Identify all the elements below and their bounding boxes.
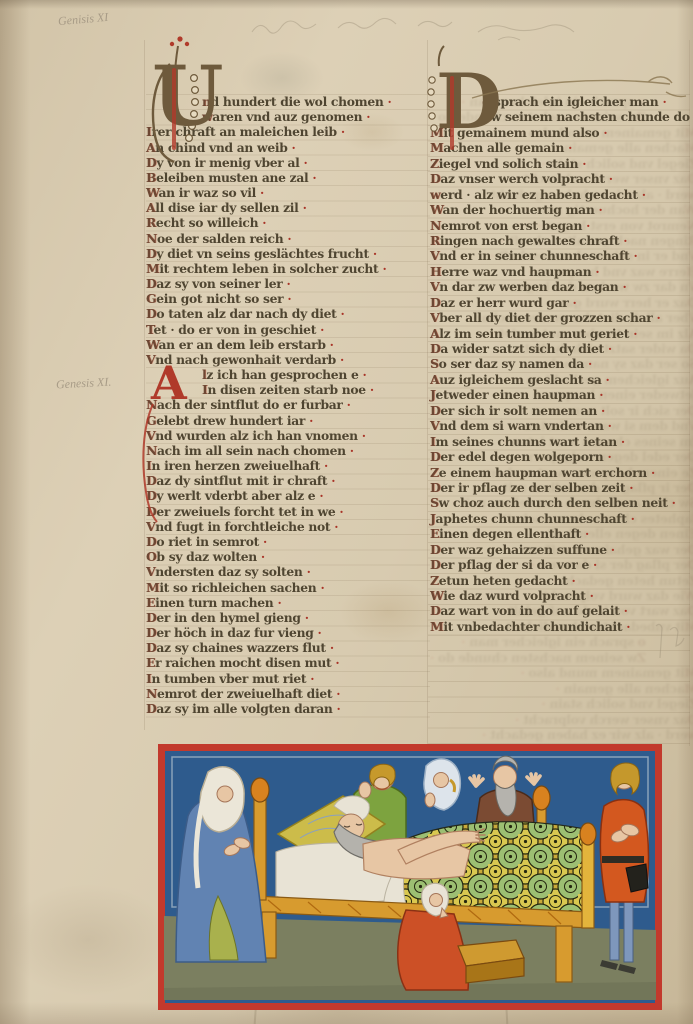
- verse-line: Wie daz wurd volpracht·: [430, 588, 693, 603]
- verse-line: Tet · do er von in geschiet·: [146, 322, 428, 337]
- onion-finial: [251, 778, 269, 802]
- verse-line: Der waz gehaizzen suffune·: [430, 542, 693, 557]
- verse-line: Einen turn machen·: [146, 595, 428, 610]
- verse-line: Vnd wurden alz ich han vnomen·: [146, 428, 428, 443]
- initial-red-stroke: [172, 68, 176, 150]
- verse-line: Dy diet vn seins geslächtes frucht·: [146, 246, 428, 261]
- verse-line: So ser daz sy namen da·: [430, 356, 693, 371]
- verse-line: Ziegel vnd solich stain·: [430, 696, 693, 711]
- verse-line: Der in den hymel gieng·: [146, 610, 428, 625]
- verse-line: Ob sy daz wolten·: [146, 549, 428, 564]
- bed-leg: [556, 926, 572, 982]
- verse-line: Herre waz vnd haupman·: [430, 264, 693, 279]
- raised-hand: [425, 793, 435, 807]
- verse-line: werd · alz wir ez haben gedacht·: [430, 727, 693, 742]
- verse-line: Daz dy sintflut mit ir chraft·: [146, 473, 428, 488]
- verse-line: Wan er an dem leib erstarb·: [146, 337, 428, 352]
- mourner-veiled-woman: [424, 759, 460, 810]
- verse-line: Daz wart von in do auf gelait·: [430, 603, 693, 618]
- verse-line: Der höch in daz fur vieng·: [146, 625, 428, 640]
- verse-line: Jetweder einen haupman·: [430, 387, 693, 402]
- verse-line: Mit gemainem mund also·: [430, 665, 693, 680]
- verse-line: All dise iar dy sellen zil·: [146, 200, 428, 215]
- verse-line: Recht so willeich·: [146, 215, 428, 230]
- verse-line: Nach im all sein nach chomen·: [146, 443, 428, 458]
- decorated-initial-U: U: [142, 34, 208, 166]
- verse-line: Im seines chunns wart ietan·: [430, 434, 693, 449]
- verse-line: Japhetes chunn chunneschaft·: [430, 511, 693, 526]
- verse-line: Gein got nicht so ser·: [146, 291, 428, 306]
- verse-line: Mit so richleichen sachen·: [146, 580, 428, 595]
- verse-line: Daz sy von seiner ler·: [146, 276, 428, 291]
- verse-line: Der edel degen wolgeporn·: [430, 449, 693, 464]
- miniature-deathbed-scene: [158, 744, 662, 1010]
- verse-line: Do riet in semrot·: [146, 534, 428, 549]
- faded-inscription: [248, 10, 578, 50]
- verse-line: Daz sy chaines wazzers flut·: [146, 640, 428, 655]
- initial-D-top-flourish: [470, 70, 692, 110]
- verse-line: Nemrot von erst began·: [430, 218, 693, 233]
- verse-line: Auz igleichem geslacht sa·: [430, 372, 693, 387]
- verse-line: Der sich ir solt nemen an·: [430, 403, 693, 418]
- verse-line: Zetun heten gedacht·: [430, 573, 693, 588]
- verse-line: Wan ir waz so vil·: [146, 185, 428, 200]
- verse-line: Er raichen mocht disen mut·: [146, 655, 428, 670]
- verse-line: Beleiben musten ane zal·: [146, 170, 428, 185]
- column-right-lines: o sprach ein igleicher man·Zw seinem nac…: [430, 94, 693, 634]
- verse-line: Der zweiuels forcht tet in we·: [146, 504, 428, 519]
- verse-line: Der pflag der si da vor e·: [430, 557, 693, 572]
- verse-line: Noe der salden reich·: [146, 231, 428, 246]
- verse-line: Alz im sein tumber mut geriet·: [430, 326, 693, 341]
- verse-line: werd · alz wir ez haben gedacht·: [430, 187, 693, 202]
- verse-line: Ze einem haupman wart erchorn·: [430, 465, 693, 480]
- manuscript-page: Genisis XI Genesis XI. 25 U A: [0, 0, 693, 1024]
- verse-line: Daz vnser werch volpracht·: [430, 171, 693, 186]
- black-belt: [602, 856, 644, 863]
- initial-red-stroke: [450, 76, 454, 150]
- hand-to-face: [359, 782, 371, 798]
- verse-line: Vn dar zw werben daz began·: [430, 279, 693, 294]
- verse-line: Machen alle gemain·: [430, 681, 693, 696]
- verse-line: Mit rechtem leben in solcher zucht·: [146, 261, 428, 276]
- onion-finial: [580, 823, 596, 845]
- verse-line: Vnd fugt in forchtleiche not·: [146, 519, 428, 534]
- verse-line: Dy werlt vderbt aber alz e·: [146, 488, 428, 503]
- footstool: [458, 940, 524, 983]
- blue-hose: [610, 900, 619, 960]
- verse-line: Do taten alz dar nach dy diet·: [146, 306, 428, 321]
- pencil-annotation-top: Genisis XI: [57, 10, 108, 29]
- verse-line: Vndersten daz sy solten·: [146, 564, 428, 579]
- verse-line: In tumben vber mut riet·: [146, 671, 428, 686]
- verse-line: Sw choz auch durch den selben neit·: [430, 495, 693, 510]
- initial-A-flourish: [139, 404, 163, 528]
- verse-line: Daz vnser werch volpracht·: [430, 712, 693, 727]
- verse-line: Nemrot der zweiuelhaft diet·: [146, 686, 428, 701]
- footboard-post: [582, 842, 594, 928]
- verse-line: Daz sy im alle volgten daran·: [146, 701, 428, 716]
- verse-line: Da wider satzt sich dy diet·: [430, 341, 693, 356]
- verse-line: Daz er herr wurd gar·: [430, 295, 693, 310]
- verse-line: Vnd er in seiner chunneschaft·: [430, 248, 693, 263]
- verse-line: Vnd dem si warn vndertan·: [430, 418, 693, 433]
- verse-line: Einen degen ellenthaft·: [430, 526, 693, 541]
- verse-line: In iren herzen zweiuelhaft·: [146, 458, 428, 473]
- verse-line: Der ir pflag ze der selben zeit·: [430, 480, 693, 495]
- verse-line: Wan der hochuertig man·: [430, 202, 693, 217]
- verse-line: Ringen nach gewaltes chraft·: [430, 233, 693, 248]
- pen-trial-mark: [648, 620, 688, 666]
- verse-line: Gelebt drew hundert iar·: [146, 413, 428, 428]
- pencil-annotation-margin: Genesis XI.: [56, 375, 112, 393]
- verse-line: Vber all dy diet der grozzen schar·: [430, 310, 693, 325]
